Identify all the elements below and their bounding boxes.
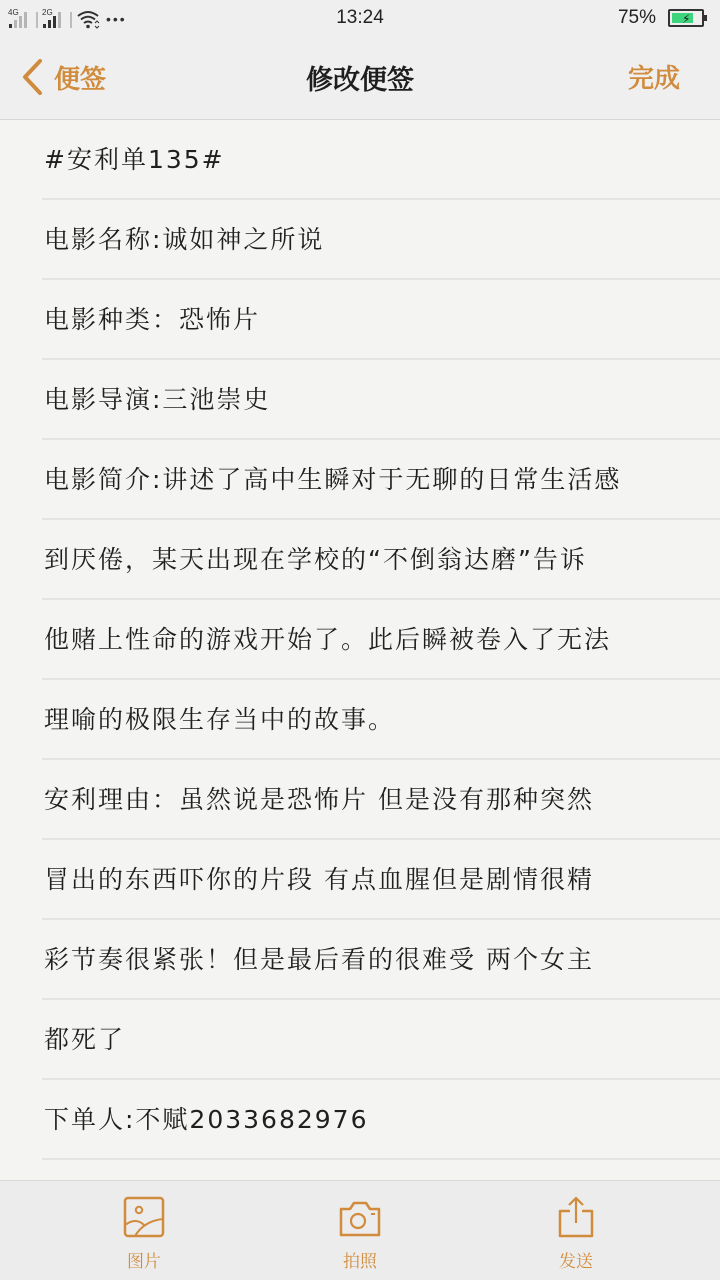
note-line[interactable]: 到厌倦，某天出现在学校的“不倒翁达磨”告诉 xyxy=(42,520,720,600)
signal-2g-icon: 2G xyxy=(42,8,70,30)
battery-icon: ⚡ xyxy=(668,9,708,27)
note-line[interactable]: 下单人:不赋2033682976 xyxy=(42,1080,720,1160)
battery-percent: 75% xyxy=(618,7,656,29)
insert-image-label: 图片 xyxy=(127,1247,161,1272)
note-line-text: 安利理由：虽然说是恐怖片 但是没有那种突然 xyxy=(44,782,594,818)
note-line[interactable]: 理喻的极限生存当中的故事。 xyxy=(42,680,720,760)
note-line-text: 到厌倦，某天出现在学校的“不倒翁达磨”告诉 xyxy=(44,542,587,578)
camera-icon xyxy=(338,1195,382,1239)
more-notifications-icon: ••• xyxy=(106,8,127,30)
note-line-text: 彩节奏很紧张！但是最后看的很难受 两个女主 xyxy=(44,942,594,978)
back-button[interactable]: 便签 xyxy=(20,58,106,96)
done-button[interactable]: 完成 xyxy=(628,58,680,95)
note-line-text: 他赌上性命的游戏开始了。此后瞬被卷入了无法 xyxy=(44,622,611,658)
page-title: 修改便签 xyxy=(0,58,720,97)
note-line-text: 下单人:不赋2033682976 xyxy=(44,1102,368,1138)
note-line-text: 理喻的极限生存当中的故事。 xyxy=(44,702,395,738)
network-type-2: 2G xyxy=(42,8,53,17)
note-line[interactable]: 电影名称:诚如神之所说 xyxy=(42,200,720,280)
share-button[interactable]: 发送 xyxy=(516,1195,636,1272)
take-photo-label: 拍照 xyxy=(343,1247,377,1272)
signal-4g-icon: 4G xyxy=(8,8,36,30)
note-line[interactable]: 安利理由：虽然说是恐怖片 但是没有那种突然 xyxy=(42,760,720,840)
share-label: 发送 xyxy=(559,1247,593,1272)
bottom-toolbar: 图片 拍照 发送 xyxy=(0,1180,720,1280)
note-line-text: 电影导演:三池崇史 xyxy=(44,382,270,418)
note-line[interactable]: 电影简介:讲述了高中生瞬对于无聊的日常生活感 xyxy=(42,440,720,520)
note-line-text: 电影种类：恐怖片 xyxy=(44,302,260,338)
image-icon xyxy=(122,1195,166,1239)
note-line[interactable]: 冒出的东西吓你的片段 有点血腥但是剧情很精 xyxy=(42,840,720,920)
nav-bar: 便签 修改便签 完成 xyxy=(0,38,720,120)
note-editor[interactable]: #安利单135# 电影名称:诚如神之所说 电影种类：恐怖片 电影导演:三池崇史 … xyxy=(0,120,720,1180)
note-line[interactable]: 他赌上性命的游戏开始了。此后瞬被卷入了无法 xyxy=(42,600,720,680)
status-right: 75% ⚡ xyxy=(618,7,708,29)
note-line-text: 冒出的东西吓你的片段 有点血腥但是剧情很精 xyxy=(44,862,594,898)
insert-image-button[interactable]: 图片 xyxy=(84,1195,204,1272)
charging-bolt-icon: ⚡ xyxy=(682,12,690,26)
note-line[interactable]: #安利单135# xyxy=(42,120,720,200)
note-line[interactable]: 电影导演:三池崇史 xyxy=(42,360,720,440)
status-bar: 4G 2G ••• 13:24 75% ⚡ xyxy=(0,0,720,38)
note-line[interactable]: 都死了 xyxy=(42,1000,720,1080)
status-left: 4G 2G ••• xyxy=(8,6,127,30)
take-photo-button[interactable]: 拍照 xyxy=(300,1195,420,1272)
note-line-text: 电影名称:诚如神之所说 xyxy=(44,222,324,258)
chevron-left-icon xyxy=(20,58,46,96)
note-line[interactable]: 电影种类：恐怖片 xyxy=(42,280,720,360)
note-line-text: 都死了 xyxy=(44,1022,125,1058)
share-icon xyxy=(554,1195,598,1239)
wifi-icon xyxy=(76,8,100,30)
note-line-empty[interactable] xyxy=(42,1160,720,1180)
network-type-1: 4G xyxy=(8,8,19,17)
note-line-text: 电影简介:讲述了高中生瞬对于无聊的日常生活感 xyxy=(44,462,621,498)
note-line-text: #安利单135# xyxy=(44,142,225,178)
note-line[interactable]: 彩节奏很紧张！但是最后看的很难受 两个女主 xyxy=(42,920,720,1000)
back-label: 便签 xyxy=(54,59,106,96)
